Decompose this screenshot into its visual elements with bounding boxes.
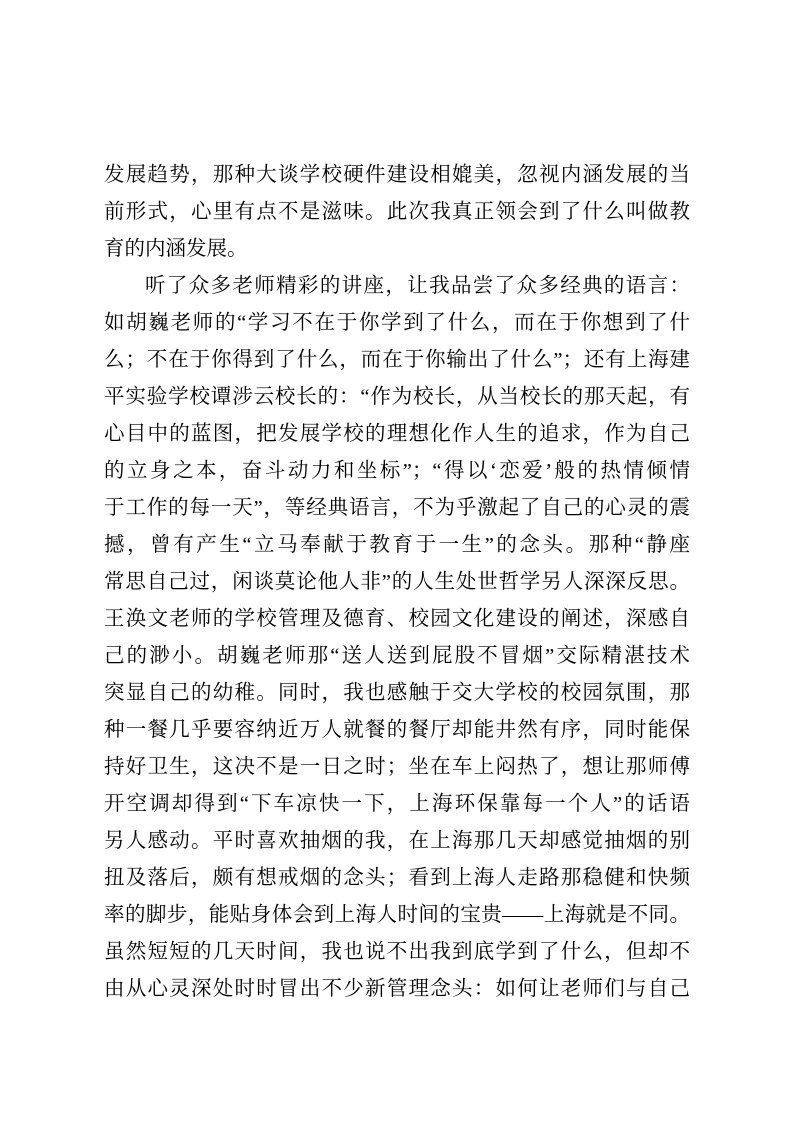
text-line: 平实验学校谭涉云校长的：“作为校长，从当校长的那天起，有 — [104, 379, 690, 416]
text-line: 王涣文老师的学校管理及德育、校园文化建设的阐述，深感自 — [104, 601, 690, 638]
text-line: 心目中的蓝图，把发展学校的理想化作人生的追求，作为自己 — [104, 416, 690, 453]
text-line: 开空调却得到“下车凉快一下，上海环保靠每一个人”的话语 — [104, 786, 690, 823]
text-line: 种一餐几乎要容纳近万人就餐的餐厅却能井然有序，同时能保 — [104, 712, 690, 749]
text-line: 前形式，心里有点不是滋味。此次我真正领会到了什么叫做教 — [104, 194, 690, 231]
text-line: 扭及落后，颇有想戒烟的念头；看到上海人走路那稳健和快频 — [104, 860, 690, 897]
text-line: 如胡巍老师的“学习不在于你学到了什么，而在于你想到了什 — [104, 305, 690, 342]
document-page: 发展趋势，那种大谈学校硬件建设相媲美，忽视内涵发展的当前形式，心里有点不是滋味。… — [0, 0, 793, 1122]
text-line: 突显自己的幼稚。同时，我也感触于交大学校的校园氛围，那 — [104, 675, 690, 712]
text-line: 撼，曾有产生“立马奉献于教育于一生”的念头。那种“静座 — [104, 527, 690, 564]
text-line: 率的脚步，能贴身体会到上海人时间的宝贵——上海就是不同。 — [104, 897, 690, 934]
text-line: 另人感动。平时喜欢抽烟的我，在上海那几天却感觉抽烟的别 — [104, 823, 690, 860]
text-line: 己的渺小。胡巍老师那“送人送到屁股不冒烟”交际精湛技术 — [104, 638, 690, 675]
text-line: 持好卫生，这决不是一日之时；坐在车上闷热了，想让那师傅 — [104, 749, 690, 786]
text-line: 育的内涵发展。 — [104, 231, 690, 268]
text-line: 么；不在于你得到了什么，而在于你输出了什么”；还有上海建 — [104, 342, 690, 379]
text-line: 于工作的每一天”，等经典语言，不为乎激起了自己的心灵的震 — [104, 490, 690, 527]
document-text: 发展趋势，那种大谈学校硬件建设相媲美，忽视内涵发展的当前形式，心里有点不是滋味。… — [104, 157, 690, 1008]
text-line: 虽然短短的几天时间，我也说不出我到底学到了什么，但却不 — [104, 934, 690, 971]
text-line: 发展趋势，那种大谈学校硬件建设相媲美，忽视内涵发展的当 — [104, 157, 690, 194]
text-line: 的立身之本，奋斗动力和坐标”；“得以‘恋爱’般的热情倾情 — [104, 453, 690, 490]
text-line: 听了众多老师精彩的讲座，让我品尝了众多经典的语言： — [104, 268, 690, 305]
text-line: 常思自己过，闲谈莫论他人非”的人生处世哲学另人深深反思。 — [104, 564, 690, 601]
text-line: 由从心灵深处时时冒出不少新管理念头：如何让老师们与自己 — [104, 971, 690, 1008]
